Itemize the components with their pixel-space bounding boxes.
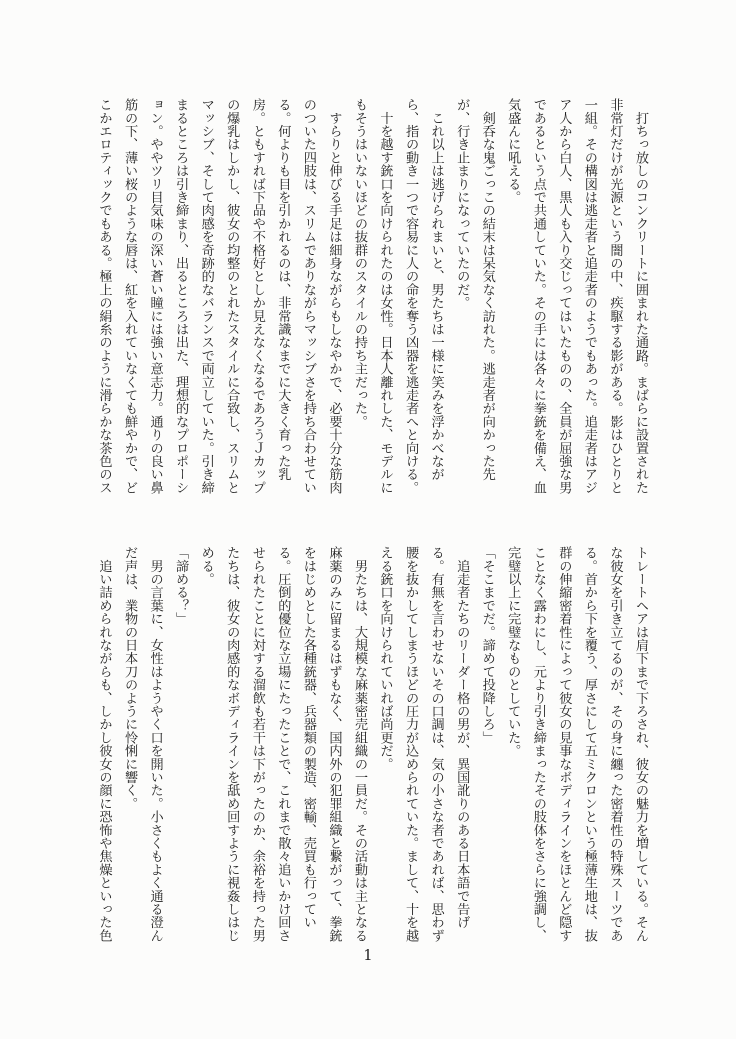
text-line: る。圧倒的優位な立場にたったことで、これまで散々追いかけ回さ (270, 546, 296, 938)
text-line: める。 (193, 546, 219, 938)
text-line: であるという点で共通していた。その手には各々に拳銃を備え、血 (525, 98, 551, 490)
text-line: 一組。その構図は逃走者と追走者のようでもあった。追走者はアジ (576, 98, 602, 490)
text-line: 気盛んに吼える。 (500, 98, 526, 490)
text-line: る。何よりも目を引かれるのは、非常識なまでに大きく育った乳 (270, 98, 296, 490)
text-line: 追走者たちのリーダー格の男が、異国訛りのある日本語で告げ (449, 546, 475, 938)
text-line: 「そこまでだ。諦めて投降しろ」 (474, 546, 500, 938)
text-line: のついた四肢は、スリムでありながらマッシブさを持ち合わせてい (295, 98, 321, 490)
text-line: せられたことに対する溜飲も若干は下がったのか、余裕を持った男 (244, 546, 270, 938)
text-line: な彼女を引き立てるのが、その身に纏った密着性の特殊スーツであ (602, 546, 628, 938)
text-line: 男たちは、大規模な麻薬密売組織の一員だ。その活動は主となる (346, 546, 372, 938)
text-line: が、行き止まりになっていたのだ。 (449, 98, 475, 490)
text-line: をはじめとした各種銃器、兵器類の製造、密輸、売買も行ってい (295, 546, 321, 938)
text-line: だ声は、業物の日本刀のように怜悧に響く。 (117, 546, 143, 938)
page-number: 1 (0, 948, 736, 964)
text-line: 男の言葉に、女性はようやく口を開いた。小さくもよく通る澄ん (142, 546, 168, 938)
text-line: すらりと伸びる手足は細身ながらもしなやかで、必要十分な筋肉 (321, 98, 347, 490)
text-line: ョン。ややツリ目気味の深い蒼い瞳には強い意志力。通りの良い鼻 (142, 98, 168, 490)
text-line: える銃口を向けられていれば尚更だ。 (372, 546, 398, 938)
text-line: 十を越す銃口を向けられたのは女性。日本人離れした、モデルに (372, 98, 398, 490)
text-line: 打ちっ放しのコンクリートに囲まれた通路。まばらに設置された (627, 98, 653, 490)
text-line: マッシブ、そして肉感を奇跡的なバランスで両立していた。引き締 (193, 98, 219, 490)
text-line: 完璧以上に完璧なものとしていた。 (500, 546, 526, 938)
text-line: たちは、彼女の肉感的なボディラインを舐め回すように視姦しはじ (219, 546, 245, 938)
text-line: 「諦める？」 (168, 546, 194, 938)
text-block-bottom: トレートヘアは肩下まで下ろされ、彼女の魅力を増している。そんな彼女を引き立てるの… (91, 546, 653, 938)
text-line: ら、指の動き一つで容易に人の命を奪う凶器を逃走者へと向ける。 (398, 98, 424, 490)
text-line: まるところは引き締まり、出るところは出た、理想的なプロポーシ (168, 98, 194, 490)
text-line: 群の伸縮密着性によって彼女の見事なボディラインをほとんど隠す (551, 546, 577, 938)
text-line: 非常灯だけが光源という闇の中、疾駆する影がある。影はひとりと (602, 98, 628, 490)
text-line: こかエロティックでもある。極上の絹糸のように滑らかな茶色のス (91, 98, 117, 490)
text-line: もそうはいないほどの抜群のスタイルの持ち主だった。 (346, 98, 372, 490)
text-line: ア人から白人、黒人も入り交じってはいたものの、全員が屈強な男 (551, 98, 577, 490)
text-line: ことなく露わにし、元より引き締まったその肢体をさらに強調し、 (525, 546, 551, 938)
text-line: 筋の下、薄い桜のような唇は、紅を入れていなくても鮮やかで、ど (117, 98, 143, 490)
text-line: 追い詰められながらも、しかし彼女の顔に恐怖や焦燥といった色 (91, 546, 117, 938)
text-line: る。首から下を覆う、厚さにして五ミクロンという極薄生地は、抜 (576, 546, 602, 938)
novel-page: 打ちっ放しのコンクリートに囲まれた通路。まばらに設置された非常灯だけが光源という… (0, 0, 736, 1039)
text-line: トレートヘアは肩下まで下ろされ、彼女の魅力を増している。そん (627, 546, 653, 938)
text-line: る。有無を言わせないその口調は、気の小さな者であれば、思わず (423, 546, 449, 938)
text-line: これ以上は逃げられまいと、男たちは一様に笑みを浮かべなが (423, 98, 449, 490)
text-line: 房。ともすれば下品や不格好としか見えなくなるであろうＪカップ (244, 98, 270, 490)
text-line: の爆乳はしかし、彼女の均整のとれたスタイルに合致し、スリムと (219, 98, 245, 490)
text-block-top: 打ちっ放しのコンクリートに囲まれた通路。まばらに設置された非常灯だけが光源という… (91, 98, 653, 490)
text-line: 腰を抜かしてしまうほどの圧力が込められていた。まして、十を越 (398, 546, 424, 938)
text-line: 剣呑な鬼ごっこの結末は呆気なく訪れた。逃走者が向かった先 (474, 98, 500, 490)
text-line: 麻薬のみに留まるはずもなく、国内外の犯罪組織と繋がって、拳銃 (321, 546, 347, 938)
